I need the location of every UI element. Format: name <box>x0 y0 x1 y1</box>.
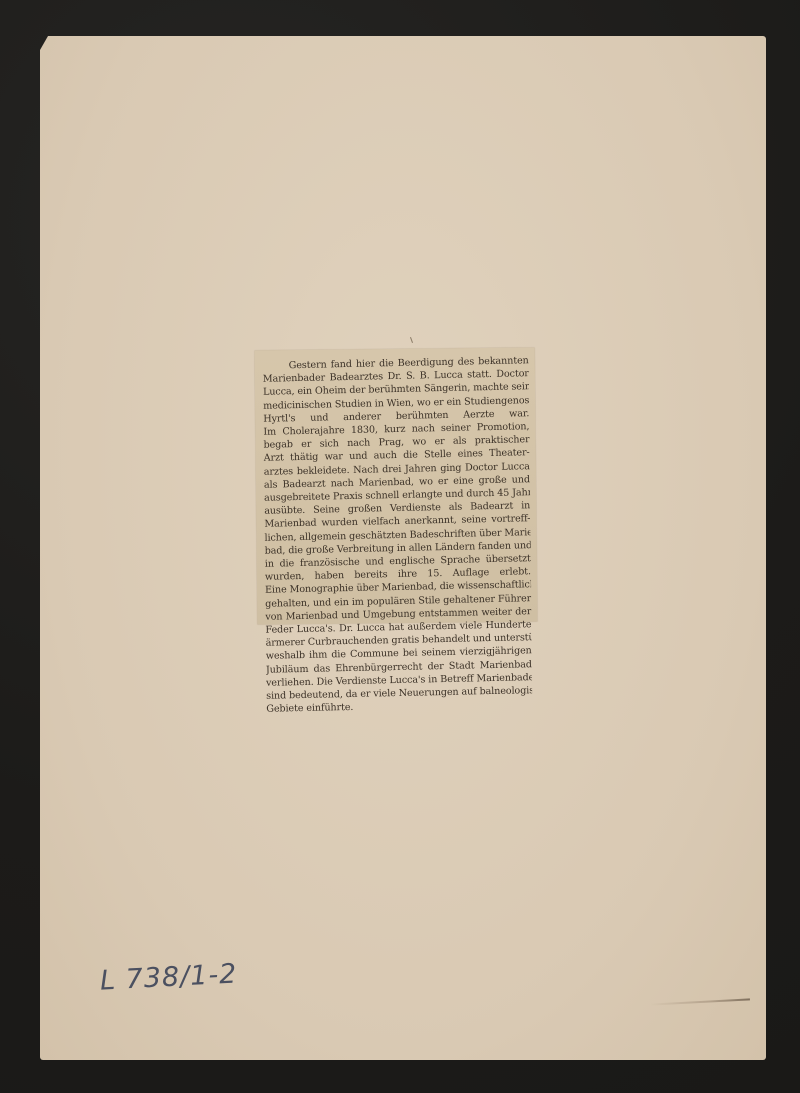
newspaper-clipping: Gestern fand hier die Beerdigung des bek… <box>255 348 538 625</box>
